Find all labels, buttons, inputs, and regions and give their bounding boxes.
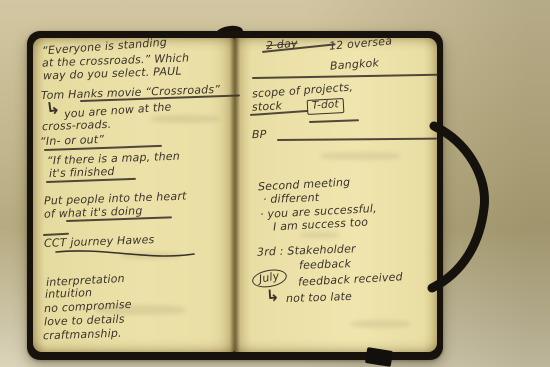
bleed-through-mark (320, 152, 400, 160)
photo-background: “Everyone is standing at the crossroads.… (0, 0, 550, 367)
handwriting-line: · different (263, 192, 320, 206)
ink-swoosh-underline (54, 246, 199, 262)
elastic-band-end (365, 347, 393, 367)
handwriting-line: cross-roads. (42, 119, 112, 134)
handwriting-line: “In- or out” (40, 134, 105, 148)
bleed-through-mark (150, 115, 220, 123)
page-gutter (230, 38, 240, 352)
arrow-down-right-icon: ↳ (45, 99, 62, 120)
elastic-band (424, 116, 496, 298)
bleed-through-mark (350, 320, 410, 328)
handwriting-line: intuition (45, 287, 93, 301)
bleed-through-mark (300, 232, 340, 238)
handwriting-line: not too late (286, 291, 352, 305)
arrow-down-right-icon: ↳ (265, 287, 280, 306)
boxed-label: T-dot (307, 98, 345, 114)
handwriting-line: feedback (299, 258, 352, 272)
handwriting-line: BP (252, 129, 267, 141)
